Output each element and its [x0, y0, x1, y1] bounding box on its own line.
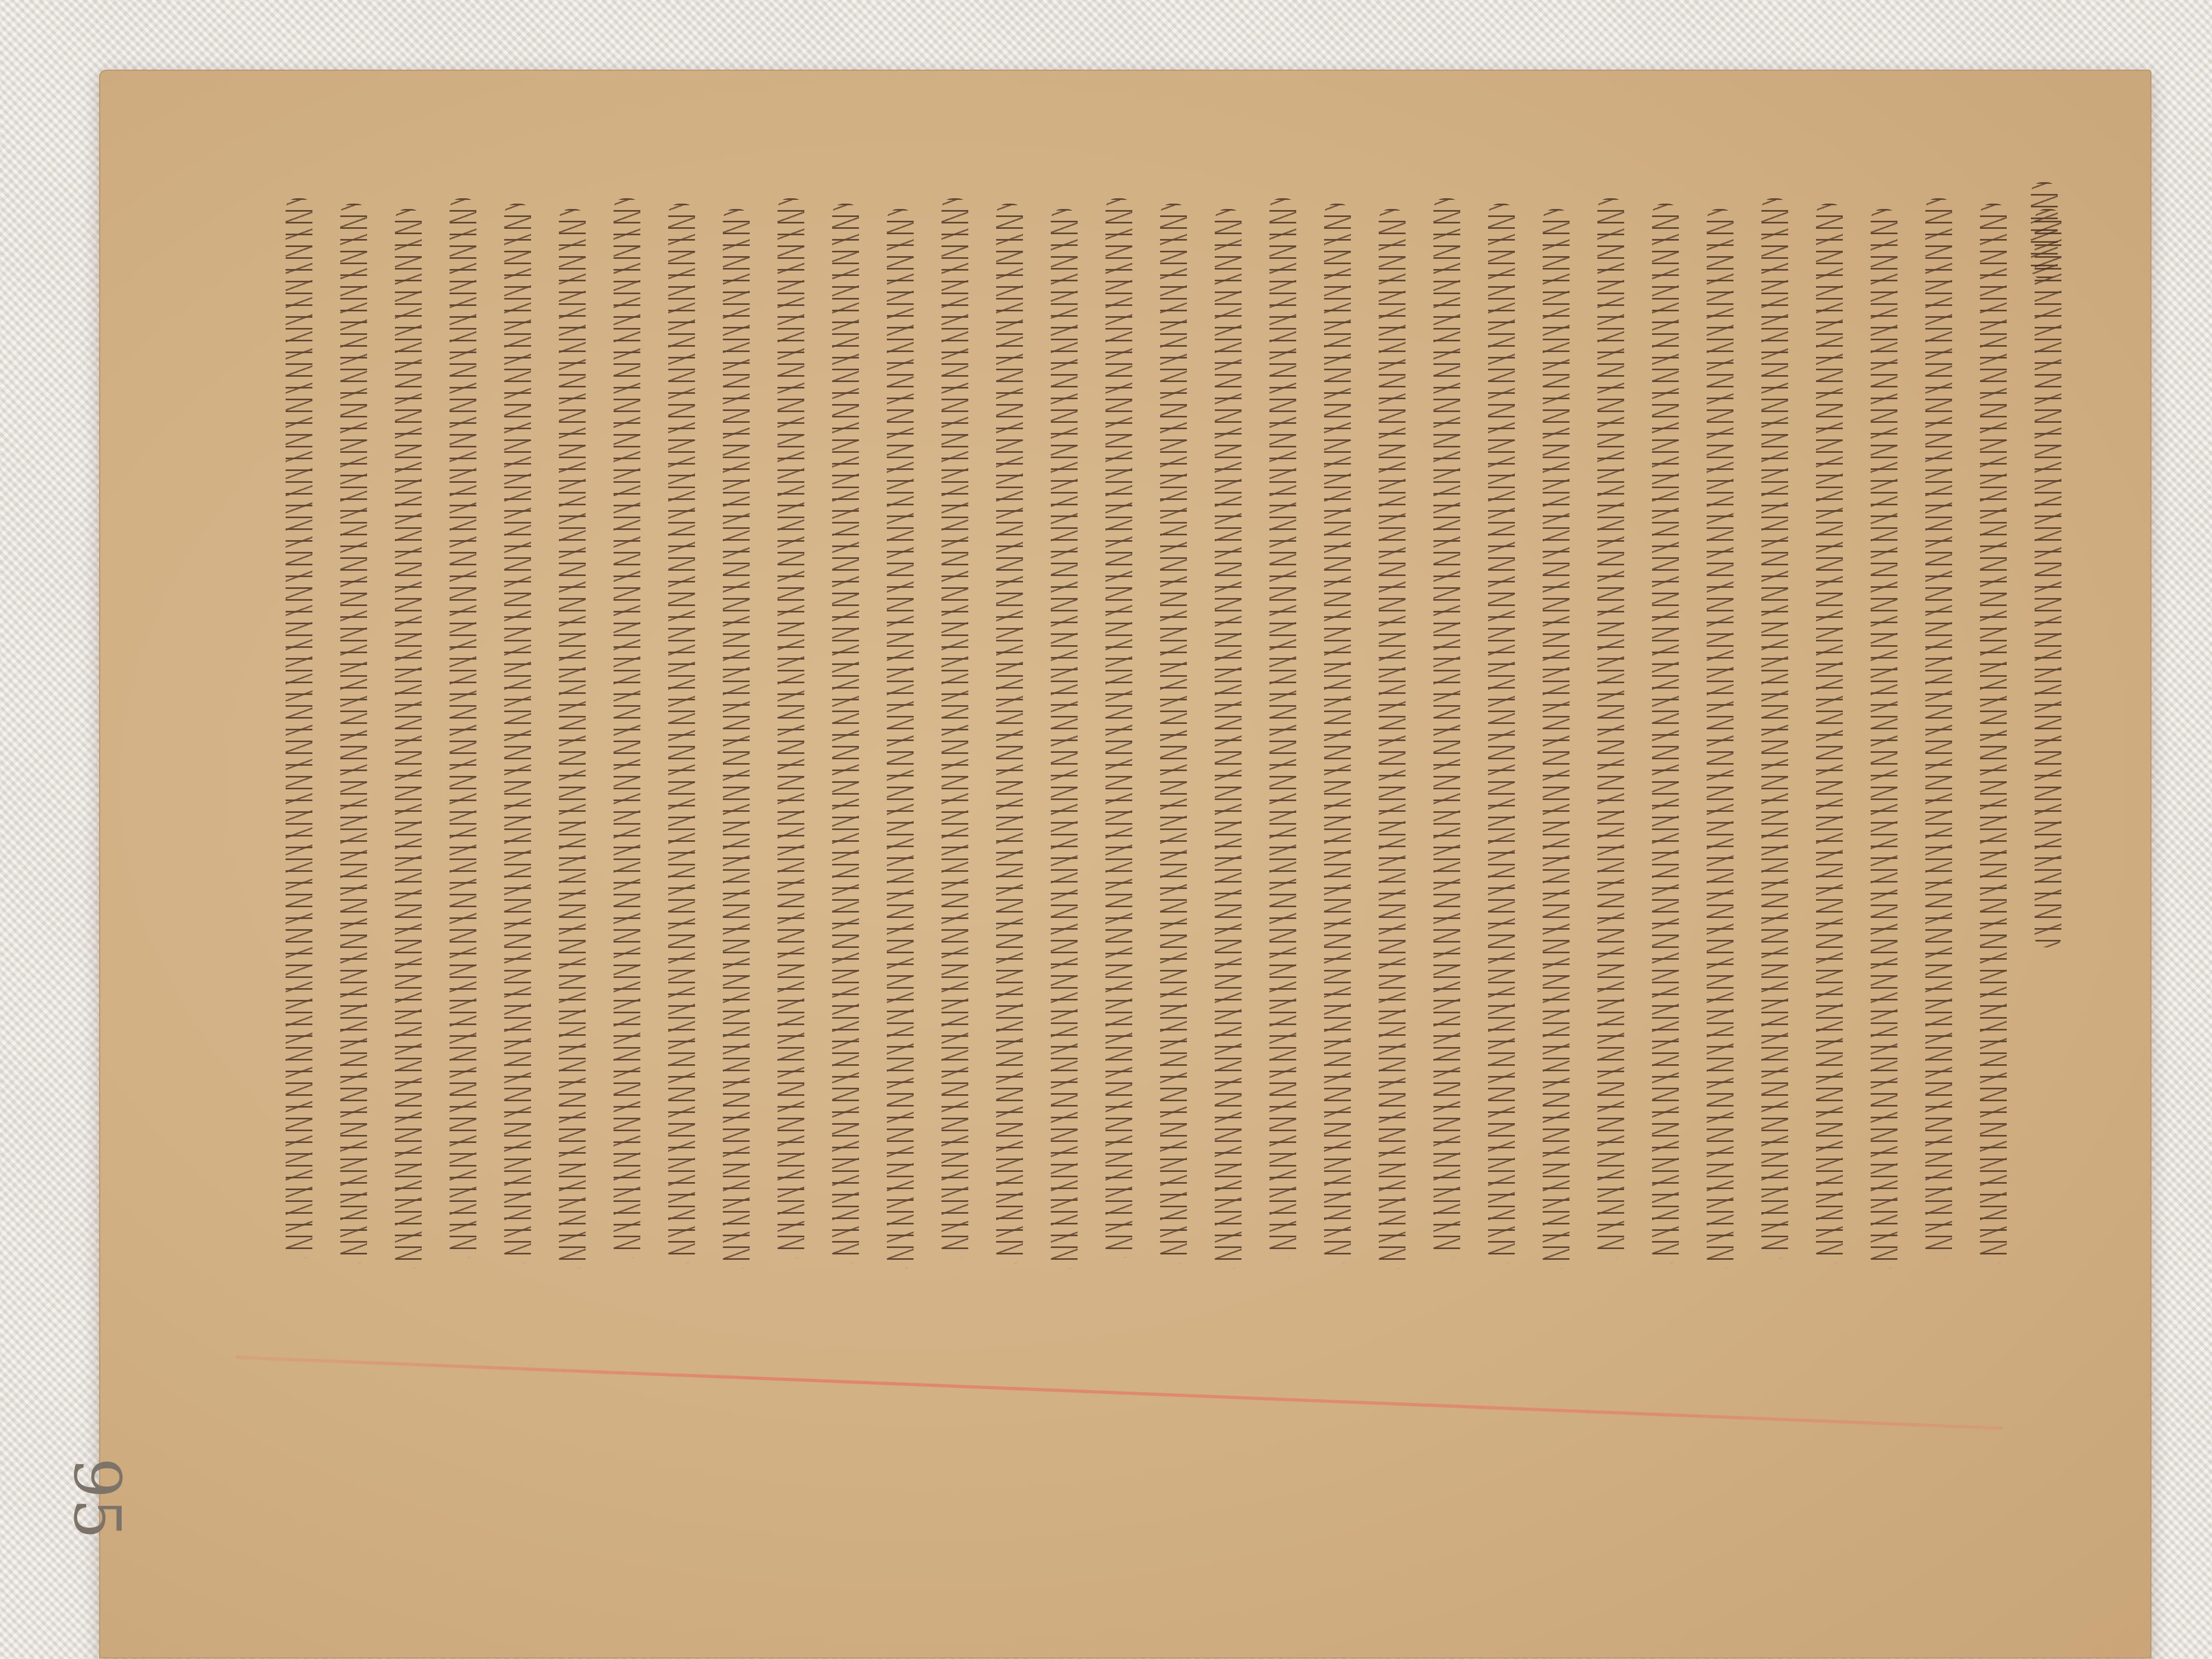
handwritten-line — [1916, 102, 1962, 1656]
handwritten-line — [1150, 102, 1197, 1656]
ink-stroke — [1324, 204, 1351, 1264]
handwritten-line — [1642, 102, 1688, 1656]
ink-stroke — [340, 204, 367, 1264]
handwritten-line — [823, 102, 869, 1656]
ink-stroke — [559, 209, 586, 1269]
ink-stroke — [504, 204, 531, 1264]
ink-stroke — [1488, 204, 1515, 1264]
handwritten-line — [1369, 102, 1415, 1656]
handwritten-line — [987, 102, 1033, 1656]
handwritten-line — [276, 102, 322, 1656]
handwritten-line — [1697, 102, 1743, 1656]
handwritten-line — [1424, 102, 1470, 1656]
handwritten-line — [549, 102, 595, 1656]
handwritten-line — [1752, 102, 1798, 1656]
handwritten-line — [1205, 102, 1251, 1656]
catchword — [2031, 182, 2058, 279]
ink-stroke — [1379, 209, 1406, 1269]
ink-stroke — [286, 198, 312, 1258]
ink-stroke — [450, 198, 476, 1258]
ink-stroke — [1925, 198, 1952, 1258]
handwritten-line — [1096, 102, 1142, 1656]
text-lines — [276, 102, 2071, 1656]
handwritten-line — [877, 102, 923, 1656]
handwritten-line — [1588, 102, 1634, 1656]
ink-stroke — [1543, 209, 1570, 1269]
ink-stroke — [1816, 204, 1843, 1264]
ink-stroke — [395, 209, 422, 1269]
handwritten-line — [1970, 102, 2016, 1656]
folio-number: 95 — [59, 1458, 134, 1540]
ink-stroke — [832, 204, 859, 1264]
handwritten-line — [1260, 102, 1306, 1656]
handwritten-line — [385, 102, 431, 1656]
handwritten-line — [1478, 102, 1525, 1656]
ink-stroke — [614, 198, 640, 1258]
ink-stroke — [1433, 198, 1460, 1258]
ink-stroke — [2035, 209, 2061, 947]
handwritten-line — [331, 102, 377, 1656]
ink-stroke — [1051, 209, 1078, 1269]
handwritten-line — [713, 102, 759, 1656]
handwritten-line — [495, 102, 541, 1656]
ink-stroke — [1871, 209, 1897, 1269]
ink-stroke — [1707, 209, 1733, 1269]
ink-stroke — [1652, 204, 1679, 1264]
ink-stroke — [996, 204, 1023, 1264]
handwritten-line — [659, 102, 705, 1656]
ink-stroke — [1105, 198, 1132, 1258]
handwritten-line — [1314, 102, 1361, 1656]
ink-stroke — [1980, 204, 2007, 1264]
ink-stroke — [1761, 198, 1788, 1258]
ink-stroke — [668, 204, 695, 1264]
handwritten-line — [440, 102, 486, 1656]
ink-stroke — [941, 198, 968, 1258]
handwritten-line — [604, 102, 650, 1656]
ink-stroke — [1597, 198, 1624, 1258]
ink-stroke — [723, 209, 750, 1269]
ink-stroke — [1269, 198, 1296, 1258]
ink-stroke — [887, 209, 914, 1269]
handwritten-line — [1041, 102, 1087, 1656]
handwritten-line — [768, 102, 814, 1656]
ink-stroke — [778, 198, 804, 1258]
ink-stroke — [1215, 209, 1242, 1269]
handwritten-line — [932, 102, 978, 1656]
handwritten-line — [2025, 102, 2071, 1656]
ink-stroke — [1160, 204, 1187, 1264]
handwritten-line — [1533, 102, 1579, 1656]
